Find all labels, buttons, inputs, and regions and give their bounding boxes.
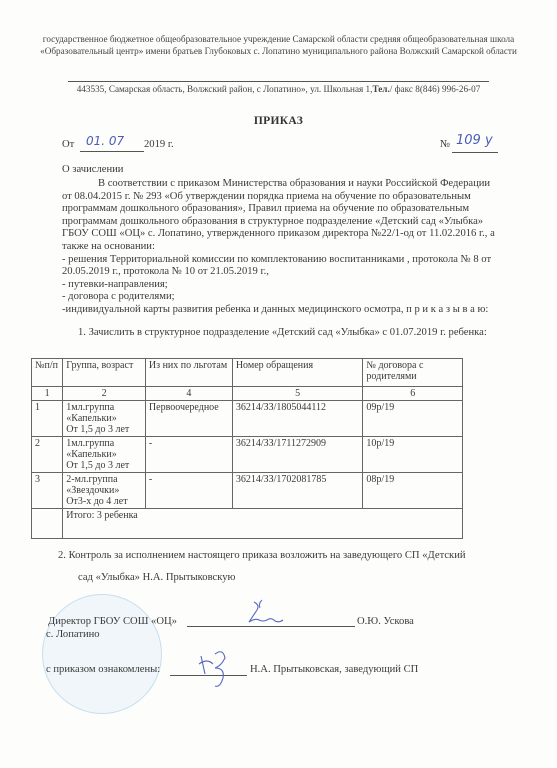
benefit-cell: - [145, 437, 232, 473]
preamble-line: - путевки-направления; [62, 279, 522, 292]
group-title: «Капельки» [66, 449, 142, 460]
preamble-line: от 08.04.2015 г. № 293 «Об утверждении п… [62, 191, 522, 204]
preamble-line: также на основании: [62, 241, 522, 254]
group-title: «Капельки» [66, 413, 142, 424]
acknowledgement-label: с приказом ознакомлены: [46, 664, 160, 675]
preamble: В соответствии с приказом Министерства о… [62, 178, 522, 317]
group-age: От 1,5 до 3 лет [66, 460, 142, 471]
phone-label: Тел. [372, 84, 389, 94]
group-name: 1мл.группа [66, 438, 142, 449]
order-number-prefix: № [440, 139, 450, 150]
acknowledgement-signature [195, 648, 245, 690]
group-cell: 1мл.группа«Капельки»От 1,5 до 3 лет [63, 437, 146, 473]
preamble-line: В соответствии с приказом Министерства о… [62, 178, 522, 191]
header-divider [68, 81, 489, 82]
subject: О зачислении [62, 164, 123, 175]
date-underline [80, 151, 144, 152]
contract-cell: 08р/19 [363, 473, 463, 509]
document-page: государственное бюджетное общеобразовате… [0, 0, 557, 768]
date-handwritten: 01. 07 [86, 134, 124, 148]
preamble-line: - договора с родителями; [62, 291, 522, 304]
item-2-line-2: сад «Улыбка» Н.А. Прытыковскую [78, 572, 235, 583]
row-number: 3 [32, 473, 63, 509]
contract-cell: 10р/19 [363, 437, 463, 473]
group-age: От 1,5 до 3 лет [66, 424, 142, 435]
preamble-line: -индивидуальной карты развития ребенка и… [62, 304, 522, 317]
preamble-line: программам дошкольного образования», Пра… [62, 203, 522, 216]
request-cell: 36214/ЗЗ/1711272909 [232, 437, 363, 473]
group-cell: 2-мл.группа«Звездочки»От3-х до 4 лет [63, 473, 146, 509]
group-title: «Звездочки» [66, 485, 142, 496]
benefit-cell: Первоочередное [145, 401, 232, 437]
order-number-handwritten: 109 у [456, 133, 493, 148]
total-cell: Итого: 3 ребенка [63, 509, 463, 539]
header-cell: № договора с родителями [363, 359, 463, 387]
item-2-line-1: 2. Контроль за исполнением настоящего пр… [58, 550, 466, 561]
contract-cell: 09р/19 [363, 401, 463, 437]
acknowledgement-name: Н.А. Прытыковская, заведующий СП [250, 664, 418, 675]
preamble-line: - решения Территориальной комиссии по ко… [62, 254, 522, 267]
total-empty-cell [32, 509, 63, 539]
preamble-line: программам дошкольного образования в стр… [62, 216, 522, 229]
group-name: 2-мл.группа [66, 474, 142, 485]
header-cell: Номер обращения [232, 359, 363, 387]
group-name: 1мл.группа [66, 402, 142, 413]
director-signature [240, 598, 310, 630]
director-place: с. Лопатино [46, 629, 100, 640]
table-row: 1 1мл.группа«Капельки»От 1,5 до 3 лет Пе… [32, 401, 463, 437]
row-number: 2 [32, 437, 63, 473]
item-1: 1. Зачислить в структурное подразделение… [78, 327, 487, 338]
column-number: 6 [363, 387, 463, 401]
table-row: 3 2-мл.группа«Звездочки»От3-х до 4 лет -… [32, 473, 463, 509]
table-header-row: №п/п Группа, возраст Из них по льготам Н… [32, 359, 463, 387]
column-number: 4 [145, 387, 232, 401]
phone-number: / факс 8(846) 996-26-07 [390, 84, 481, 94]
director-title: Директор ГБОУ СОШ «ОЦ» [48, 616, 177, 627]
official-stamp [42, 594, 162, 714]
request-cell: 36214/ЗЗ/1702081785 [232, 473, 363, 509]
request-cell: 36214/ЗЗ/1805044112 [232, 401, 363, 437]
header-cell: Из них по льготам [145, 359, 232, 387]
date-year: 2019 г. [144, 139, 174, 150]
table-total-row: Итого: 3 ребенка [32, 509, 463, 539]
org-header: государственное бюджетное общеобразовате… [40, 33, 517, 57]
date-prefix: От [62, 139, 74, 150]
enrollment-table: №п/п Группа, возраст Из них по льготам Н… [31, 358, 463, 539]
benefit-cell: - [145, 473, 232, 509]
header-cell: №п/п [32, 359, 63, 387]
address-text: 443535, Самарская область, Волжский райо… [77, 84, 373, 94]
group-age: От3-х до 4 лет [66, 496, 142, 507]
director-name: О.Ю. Ускова [357, 616, 414, 627]
column-number: 2 [63, 387, 146, 401]
table-row: 2 1мл.группа«Капельки»От 1,5 до 3 лет - … [32, 437, 463, 473]
row-number: 1 [32, 401, 63, 437]
column-number: 1 [32, 387, 63, 401]
document-title: ПРИКАЗ [0, 115, 557, 127]
preamble-line: 20.05.2019 г., протокола № 10 от 21.05.2… [62, 266, 522, 279]
number-underline [452, 152, 498, 153]
column-number-row: 1 2 4 5 6 [32, 387, 463, 401]
group-cell: 1мл.группа«Капельки»От 1,5 до 3 лет [63, 401, 146, 437]
org-address: 443535, Самарская область, Волжский райо… [40, 84, 517, 94]
header-cell: Группа, возраст [63, 359, 146, 387]
column-number: 5 [232, 387, 363, 401]
preamble-line: ГБОУ СОШ «ОЦ» с. Лопатино, утвержденного… [62, 228, 522, 241]
